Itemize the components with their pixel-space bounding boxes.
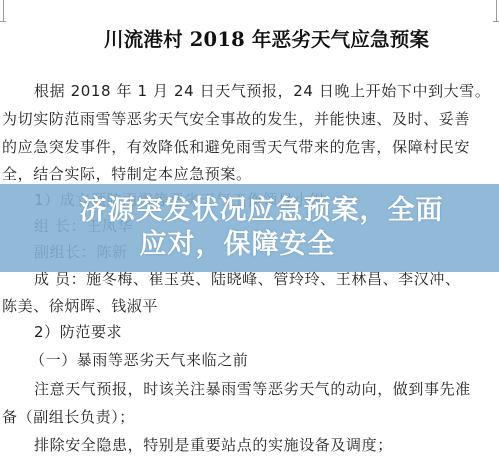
paragraph-line: 根据 2018 年 1 月 24 日天气预报，24 日晚上开始下中到大雪。 (34, 80, 490, 101)
document-title: 川流港村 2018 年恶劣天气应急预案 (104, 24, 444, 52)
paragraph-line: 为切实防范雨雪等恶劣天气安全事故的发生，并能快速、及时、妥善 (2, 108, 470, 129)
paragraph-line: 全，结合实际，特制定本应急预案。 (2, 163, 252, 184)
crop-mark-top-right (493, 21, 499, 22)
paragraph-line: 排除安全隐患，特别是重要站点的实施设备及调度； (34, 434, 393, 455)
banner-headline: 济源突发状况应急预案，全面 应对，保障安全 (0, 184, 499, 272)
crop-mark-top-right (496, 0, 497, 22)
paragraph-line: 注意天气预报，时该关注暴雨雪等恶劣天气的动向，做到事先准 (34, 378, 471, 399)
crop-mark-top-left (3, 0, 4, 22)
subsection-heading: （一）暴雨等恶劣天气来临之前 (30, 349, 248, 370)
members-line-continued: 陈美、徐炳晖、钱淑平 (2, 295, 158, 316)
banner-headline-line-2: 应对，保障安全 (140, 228, 336, 262)
section-heading: 2）防范要求 (34, 321, 122, 342)
banner-headline-line-1: 济源突发状况应急预案，全面 (80, 194, 444, 228)
paragraph-line: 备（副组长负责）； (2, 406, 135, 427)
crop-mark-top-left (0, 21, 6, 22)
paragraph-line: 的应急突发事件，有效降低和避免雨雪天气带来的危害，保障村民安 (2, 136, 470, 157)
